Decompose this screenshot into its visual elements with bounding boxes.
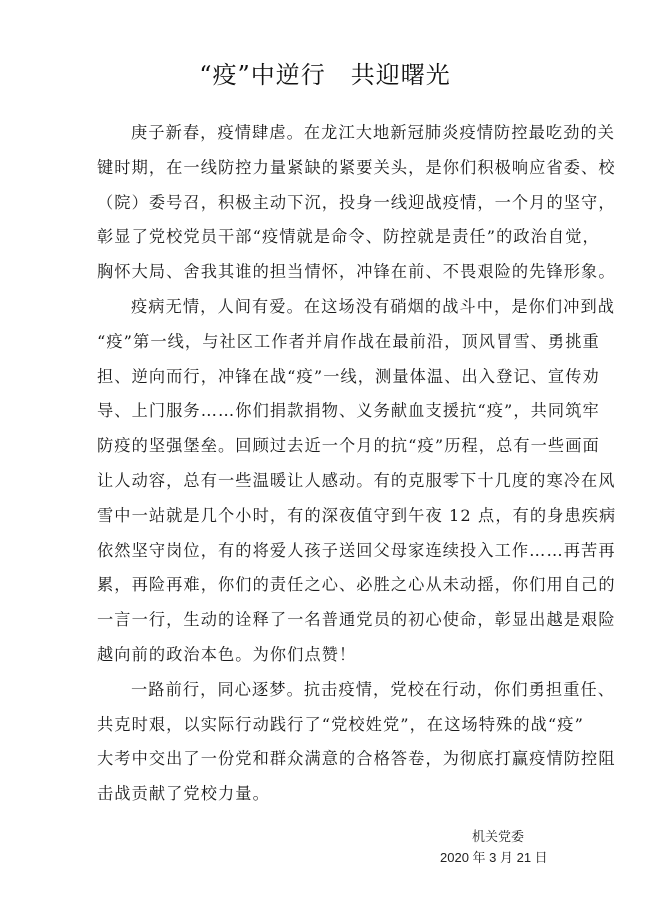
signature-block: 机关党委 2020 年 3 月 21 日 [440,828,580,868]
text-line: 胸怀大局、舍我其谁的担当情怀，冲锋在前、不畏艰险的先锋形象。 [97,255,553,290]
text-line: 雪中一站就是几个小时，有的深夜值守到午夜 12 点，有的身患疾病 [97,499,553,534]
document-title: “疫”中逆行 共迎曙光 [0,58,650,92]
paragraph-1: 庚子新春，疫情肆虐。在龙江大地新冠肺炎疫情防控最吃劲的关 键时期，在一线防控力量… [97,116,553,290]
text-line: 担、逆向而行，冲锋在战“疫”一线，测量体温、出入登记、宣传劝 [97,360,553,395]
text-line: 导、上门服务……你们捐款捐物、义务献血支援抗“疫”，共同筑牢 [97,394,553,429]
text-line: 一言一行，生动的诠释了一名普通党员的初心使命，彰显出越是艰险 [97,603,553,638]
text-line: 防疫的坚强堡垒。回顾过去近一个月的抗“疫”历程，总有一些画面 [97,429,553,464]
document-body: 庚子新春，疫情肆虐。在龙江大地新冠肺炎疫情防控最吃劲的关 键时期，在一线防控力量… [97,116,553,812]
text-line: 键时期，在一线防控力量紧缺的紧要关头，是你们积极响应省委、校 [97,151,553,186]
text-line: 越向前的政治本色。为你们点赞！ [97,638,553,673]
text-line: 庚子新春，疫情肆虐。在龙江大地新冠肺炎疫情防控最吃劲的关 [97,116,553,151]
paragraph-2: 疫病无情，人间有爱。在这场没有硝烟的战斗中，是你们冲到战 “疫”第一线，与社区工… [97,290,553,673]
text-line: 一路前行，同心逐梦。抗击疫情，党校在行动，你们勇担重任、 [97,673,553,708]
text-line: 疫病无情，人间有爱。在这场没有硝烟的战斗中，是你们冲到战 [97,290,553,325]
text-line: 击战贡献了党校力量。 [97,777,553,812]
signature-date: 2020 年 3 月 21 日 [440,848,580,868]
text-line: “疫”第一线，与社区工作者并肩作战在最前沿，顶风冒雪、勇挑重 [97,325,553,360]
text-line: 彰显了党校党员干部“疫情就是命令、防控就是责任”的政治自觉， [97,220,553,255]
text-line: （院）委号召，积极主动下沉，投身一线迎战疫情，一个月的坚守， [97,186,553,221]
document-page: “疫”中逆行 共迎曙光 庚子新春，疫情肆虐。在龙江大地新冠肺炎疫情防控最吃劲的关… [0,0,650,919]
text-line: 共克时艰，以实际行动践行了“党校姓党”，在这场特殊的战“疫” [97,708,553,743]
text-line: 大考中交出了一份党和群众满意的合格答卷，为彻底打赢疫情防控阻 [97,742,553,777]
paragraph-3: 一路前行，同心逐梦。抗击疫情，党校在行动，你们勇担重任、 共克时艰，以实际行动践… [97,673,553,812]
text-line: 累，再险再难，你们的责任之心、必胜之心从未动摇，你们用自己的 [97,568,553,603]
text-line: 依然坚守岗位，有的将爱人孩子送回父母家连续投入工作……再苦再 [97,534,553,569]
text-line: 让人动容，总有一些温暖让人感动。有的克服零下十几度的寒冷在风 [97,464,553,499]
signature-organization: 机关党委 [440,828,580,848]
